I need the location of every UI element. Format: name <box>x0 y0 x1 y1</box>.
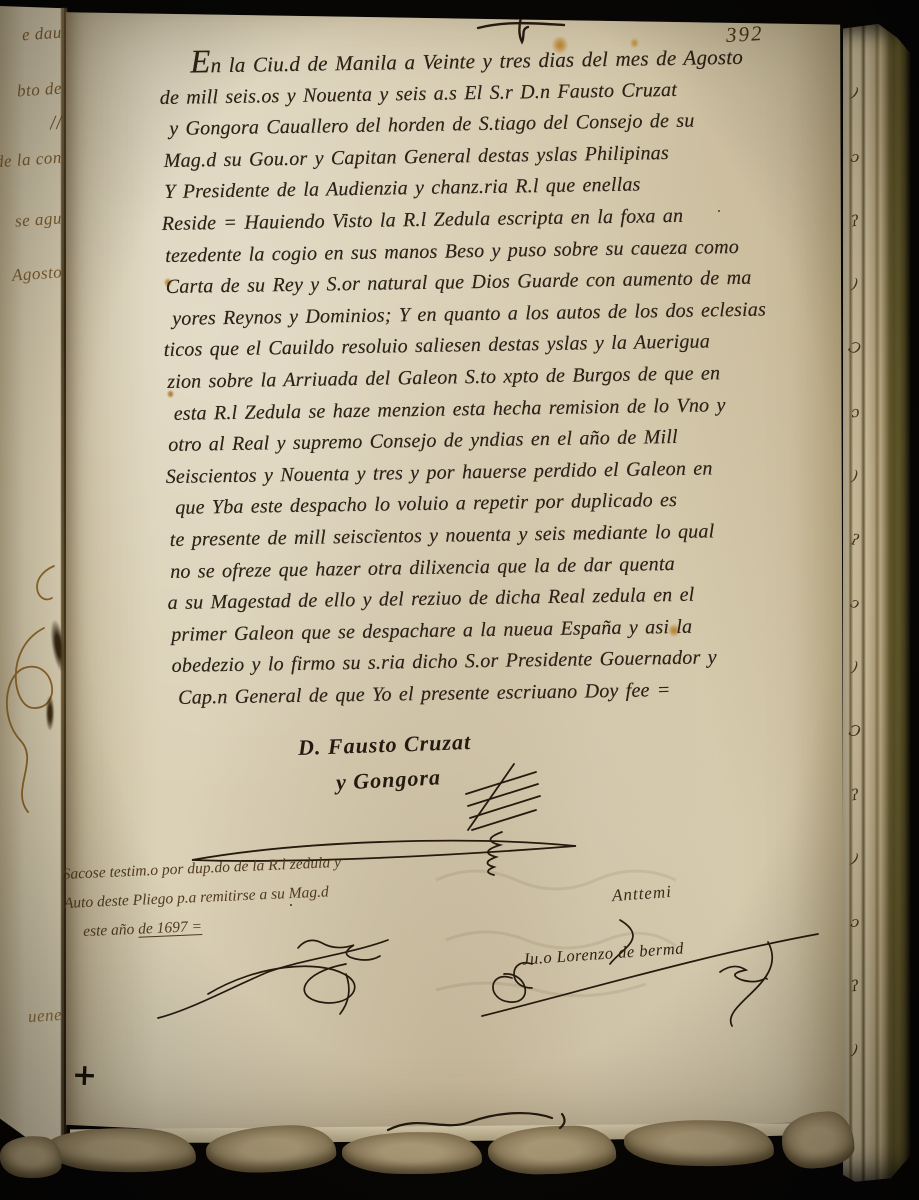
edge-ink-mark: ɔ <box>849 913 861 932</box>
registration-cross-mark: + <box>71 1058 97 1094</box>
edge-ink-mark: ʔ <box>850 785 860 804</box>
ink-flourish-fragment <box>0 558 64 838</box>
escribano-signature-flourish <box>468 912 838 1037</box>
bottom-edge-ink-flourish <box>380 1104 580 1144</box>
cut-text-fragment: uene <box>27 1005 62 1027</box>
edge-ink-mark: ɔ <box>848 593 863 613</box>
notary-rubric-flourish <box>150 926 450 1021</box>
edge-ink-mark: ) <box>850 275 859 294</box>
edge-ink-mark: ʔ <box>849 530 861 549</box>
cut-text-fragment: Agosto <box>11 262 63 285</box>
edge-ink-mark: ) <box>850 1041 859 1060</box>
edge-ink-mark: Ɔ <box>846 338 863 359</box>
cut-text-fragment: se agu <box>14 208 62 231</box>
edge-ink-mark: Ɔ <box>848 721 863 741</box>
archival-photograph: e dau bto de // de la con se agu Agosto … <box>0 0 919 1200</box>
edge-ink-mark: ɔ <box>850 402 861 421</box>
cut-text-fragment: e dau <box>22 23 63 46</box>
edge-ink-mark: ɔ <box>849 147 861 166</box>
ink-smear <box>46 696 54 730</box>
note-year-prefix: este año <box>83 921 139 940</box>
edge-ink-mark: ʔ <box>850 977 860 996</box>
edge-ink-mark: ) <box>849 849 861 868</box>
invocation-cross-mark <box>474 10 569 46</box>
manuscript-text-block: En la Ciu.d de Manila a Veinte y tres di… <box>162 38 840 715</box>
attestation-label: Anttemi <box>611 882 672 906</box>
cut-text-fragment: bto de <box>16 78 62 101</box>
edge-ink-mark: ) <box>850 466 859 485</box>
page-edge-ink-marks: ) ɔ ʔ ) Ɔ ɔ ) ʔ ɔ ) Ɔ ʔ ) ɔ ʔ ) <box>844 84 866 1059</box>
edge-ink-mark: ) <box>849 84 861 103</box>
edge-ink-mark: ) <box>850 658 859 677</box>
previous-page-edge: e dau bto de // de la con se agu Agosto … <box>0 6 64 1146</box>
cut-text-fragment: de la con <box>0 148 63 173</box>
edge-ink-mark: ʔ <box>850 211 860 230</box>
